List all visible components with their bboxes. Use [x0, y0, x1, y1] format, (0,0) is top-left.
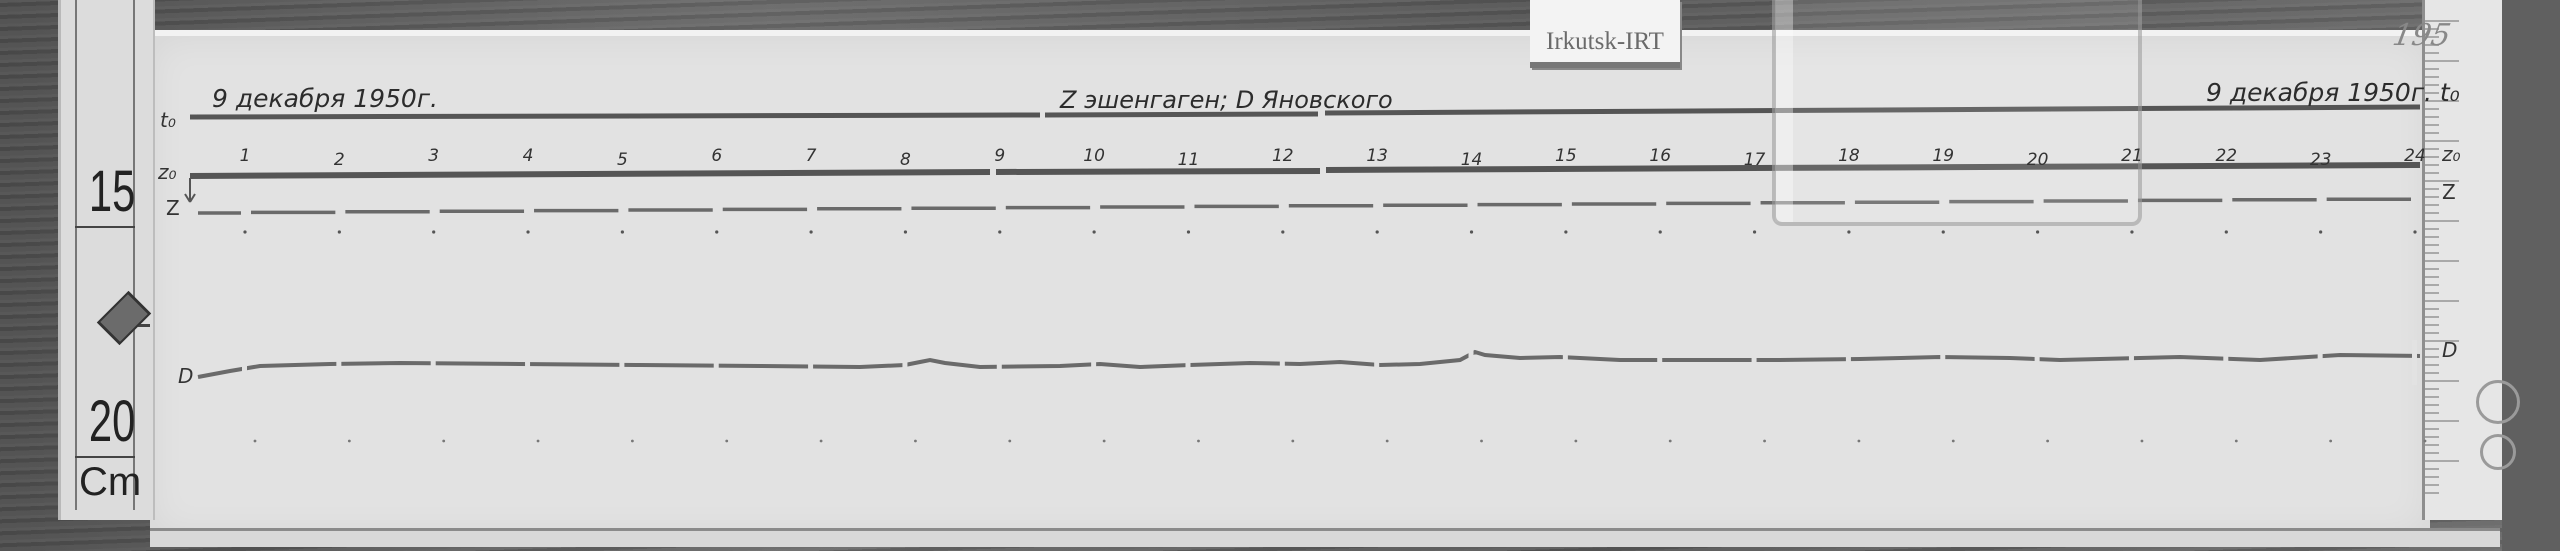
hour-mark: 14	[1461, 150, 1483, 170]
hour-mark: 1	[240, 146, 251, 166]
z0-label: z₀	[158, 160, 177, 184]
hour-mark: 5	[617, 150, 628, 170]
hour-mark: 16	[1649, 146, 1671, 166]
right-z0-label: z₀	[2442, 142, 2461, 166]
hour-mark: 21	[2121, 146, 2143, 166]
hour-mark: 3	[428, 146, 439, 166]
hour-mark: 8	[900, 150, 911, 170]
right-z-label: Z	[2442, 180, 2456, 204]
date-title-right: 9 декабря 1950г. t₀	[2206, 78, 2460, 107]
hour-mark: 13	[1366, 146, 1388, 166]
hour-mark: 23	[2310, 150, 2332, 170]
instrument-title: Z эшенгаген; D Яновского	[1060, 86, 1393, 114]
hour-mark: 11	[1178, 150, 1200, 170]
pencil-sheet-number: 195	[2390, 18, 2453, 53]
transparent-tape	[1772, 0, 2142, 226]
hour-mark: 2	[334, 150, 345, 170]
hour-mark: 6	[711, 146, 722, 166]
hour-mark: 12	[1272, 146, 1294, 166]
right-d-label: D	[2442, 338, 2457, 362]
hour-mark: 19	[1932, 146, 1954, 166]
hour-mark: 22	[2215, 146, 2237, 166]
hour-mark: 10	[1083, 146, 1105, 166]
archive-label: Irkutsk-IRT	[1530, 0, 1680, 68]
date-title-left: 9 декабря 1950г.	[212, 84, 438, 113]
hour-mark: 7	[806, 146, 817, 166]
hour-mark: 15	[1555, 146, 1577, 166]
baseline-label: t₀	[160, 108, 176, 132]
d-label: D	[178, 364, 193, 388]
hour-mark: 4	[523, 146, 534, 166]
hour-mark: 24	[2404, 146, 2426, 166]
hour-mark: 18	[1838, 146, 1860, 166]
archive-label-text: Irkutsk-IRT	[1530, 28, 1680, 56]
hour-mark: 17	[1744, 150, 1766, 170]
hour-mark: 20	[2027, 150, 2049, 170]
z-label: Z	[166, 196, 180, 220]
hour-mark: 9	[994, 146, 1005, 166]
magnetogram-traces	[0, 0, 2560, 551]
